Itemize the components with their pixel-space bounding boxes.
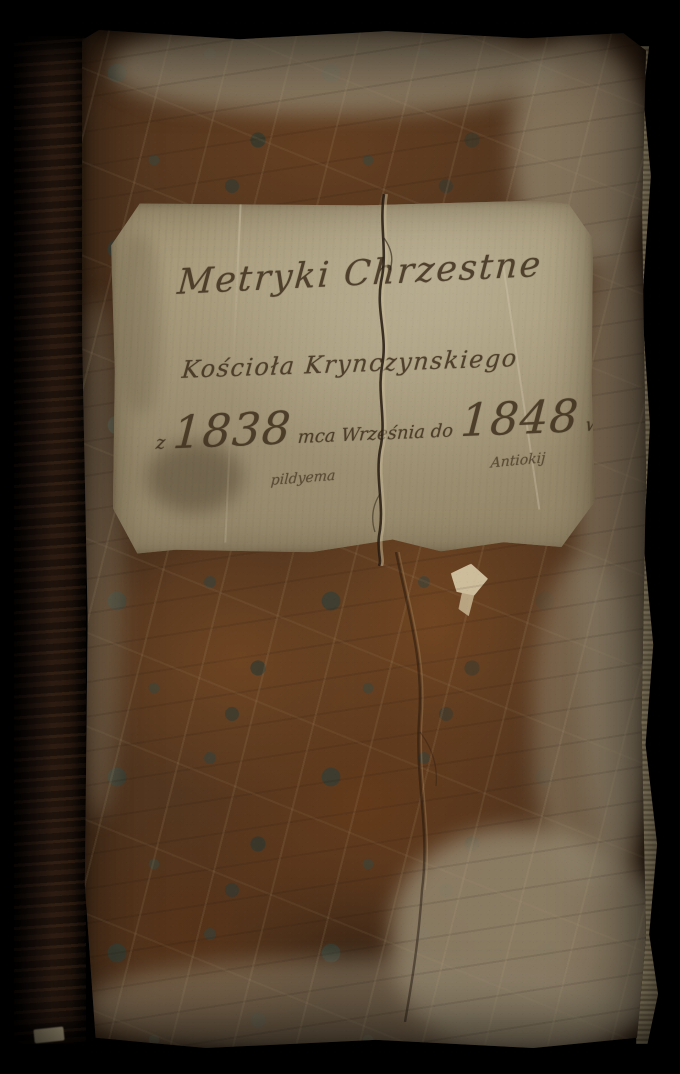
cover-crack [378,552,448,1022]
label-stain-left [119,233,160,413]
date-year-start: 1838 [172,405,293,455]
worn-patch-top [112,22,562,114]
handwritten-paper-label: Metryki Chrzestne Kościoła Krynczynskieg… [111,200,595,553]
label-annotation-left: pildyema [270,468,336,489]
label-crack [362,194,406,566]
label-title-line: Metryki Chrzestne [176,245,539,303]
book-spine [14,36,86,1044]
torn-paper-fragment [450,561,491,598]
label-crease [502,262,540,510]
archive-photo: Metryki Chrzestne Kościoła Krynczynskieg… [0,0,680,1074]
label-annotation-right: Antiokij [490,450,545,471]
date-prefix: z [155,432,166,453]
date-year-end: 1848 [459,393,580,443]
worn-patch-bottom [88,958,648,1058]
worn-patch-mid-right [534,558,644,888]
label-church-line: Kościoła Krynczynskiego [181,344,513,384]
torn-paper-fragment-small [458,575,479,617]
